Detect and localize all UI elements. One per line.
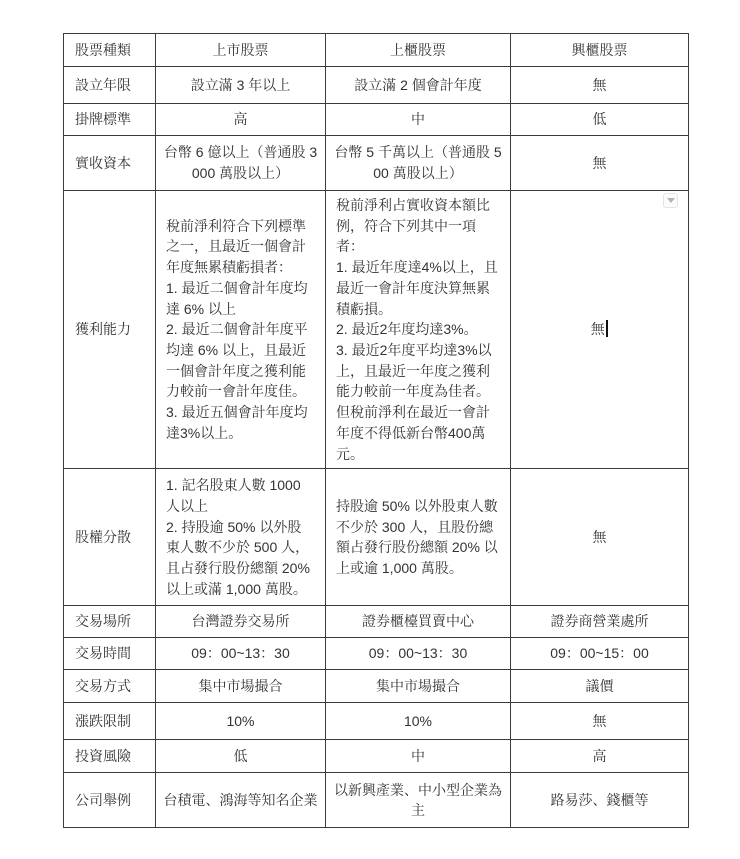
row-equity-dispersion: 股權分散 1. 記名股東人數 1000 人以上 2. 持股逾 50% 以外股東人…: [64, 469, 689, 606]
row-label-trading-hours: 交易時間: [64, 638, 156, 670]
cell-listing-standard-listed: 高: [156, 104, 326, 136]
document-page: 股票種類 上市股票 上櫃股票 興櫃股票 設立年限 設立滿 3 年以上 設立滿 2…: [0, 0, 740, 859]
row-trading-hours: 交易時間 09：00~13：30 09：00~13：30 09：00~15：00: [64, 638, 689, 670]
cell-profitability-emerging-text: 無: [591, 321, 605, 337]
row-label-company-examples: 公司舉例: [64, 773, 156, 828]
cell-investment-risk-listed: 低: [156, 740, 326, 773]
row-label-trading-method: 交易方式: [64, 670, 156, 703]
cell-price-limit-listed: 10%: [156, 703, 326, 740]
cell-equity-dispersion-emerging: 無: [511, 469, 689, 606]
column-header-otc: 上櫃股票: [326, 34, 511, 67]
cell-trading-hours-otc: 09：00~13：30: [326, 638, 511, 670]
column-header-emerging: 興櫃股票: [511, 34, 689, 67]
cell-profitability-emerging: 無: [511, 191, 689, 469]
row-label-trading-venue: 交易場所: [64, 606, 156, 638]
row-profitability: 獲利能力 稅前淨利符合下列標準之一，且最近一個會計年度無累積虧損者： 1. 最近…: [64, 191, 689, 469]
row-label-price-limit: 漲跌限制: [64, 703, 156, 740]
cell-company-examples-otc: 以新興產業、中小型企業為主: [326, 773, 511, 828]
stock-comparison-table: 股票種類 上市股票 上櫃股票 興櫃股票 設立年限 設立滿 3 年以上 設立滿 2…: [63, 33, 689, 828]
table-header-row: 股票種類 上市股票 上櫃股票 興櫃股票: [64, 34, 689, 67]
cell-trading-venue-otc: 證券櫃檯買賣中心: [326, 606, 511, 638]
cell-profitability-listed: 稅前淨利符合下列標準之一，且最近一個會計年度無累積虧損者： 1. 最近二個會計年…: [156, 191, 326, 469]
row-label-profitability: 獲利能力: [64, 191, 156, 469]
cell-founding-period-otc: 設立滿 2 個會計年度: [326, 67, 511, 104]
cell-founding-period-listed: 設立滿 3 年以上: [156, 67, 326, 104]
row-label-listing-standard: 掛牌標準: [64, 104, 156, 136]
row-trading-method: 交易方式 集中市場撮合 集中市場撮合 議價: [64, 670, 689, 703]
cell-paid-in-capital-emerging: 無: [511, 136, 689, 191]
row-label-paid-in-capital: 實收資本: [64, 136, 156, 191]
row-paid-in-capital: 實收資本 台幣 6 億以上（普通股 3000 萬股以上） 台幣 5 千萬以上（普…: [64, 136, 689, 191]
cell-trading-hours-emerging: 09：00~15：00: [511, 638, 689, 670]
triangle-down-icon: [667, 198, 675, 203]
cell-founding-period-emerging: 無: [511, 67, 689, 104]
cell-equity-dispersion-otc: 持股逾 50% 以外股東人數不少於 300 人，且股份總額占發行股份總額 20%…: [326, 469, 511, 606]
scroll-down-button[interactable]: [663, 193, 678, 208]
cell-investment-risk-otc: 中: [326, 740, 511, 773]
cell-listing-standard-otc: 中: [326, 104, 511, 136]
row-investment-risk: 投資風險 低 中 高: [64, 740, 689, 773]
cell-equity-dispersion-listed: 1. 記名股東人數 1000 人以上 2. 持股逾 50% 以外股東人數不少於 …: [156, 469, 326, 606]
column-header-listed: 上市股票: [156, 34, 326, 67]
cell-listing-standard-emerging: 低: [511, 104, 689, 136]
row-company-examples: 公司舉例 台積電、鴻海等知名企業 以新興產業、中小型企業為主 路易莎、錢櫃等: [64, 773, 689, 828]
cell-paid-in-capital-listed: 台幣 6 億以上（普通股 3000 萬股以上）: [156, 136, 326, 191]
cell-trading-method-listed: 集中市場撮合: [156, 670, 326, 703]
row-price-limit: 漲跌限制 10% 10% 無: [64, 703, 689, 740]
cell-trading-method-emerging: 議價: [511, 670, 689, 703]
cell-company-examples-listed: 台積電、鴻海等知名企業: [156, 773, 326, 828]
cell-trading-venue-emerging: 證券商營業處所: [511, 606, 689, 638]
cell-profitability-otc: 稅前淨利占實收資本額比例，符合下列其中一項者： 1. 最近年度達4%以上，且最近…: [326, 191, 511, 469]
cell-price-limit-emerging: 無: [511, 703, 689, 740]
row-trading-venue: 交易場所 台灣證券交易所 證券櫃檯買賣中心 證券商營業處所: [64, 606, 689, 638]
cell-trading-venue-listed: 台灣證券交易所: [156, 606, 326, 638]
row-label-investment-risk: 投資風險: [64, 740, 156, 773]
column-header-stock-type: 股票種類: [64, 34, 156, 67]
row-listing-standard: 掛牌標準 高 中 低: [64, 104, 689, 136]
cell-company-examples-emerging: 路易莎、錢櫃等: [511, 773, 689, 828]
row-label-equity-dispersion: 股權分散: [64, 469, 156, 606]
cell-paid-in-capital-otc: 台幣 5 千萬以上（普通股 500 萬股以上）: [326, 136, 511, 191]
text-cursor: [606, 320, 609, 337]
cell-price-limit-otc: 10%: [326, 703, 511, 740]
cell-trading-hours-listed: 09：00~13：30: [156, 638, 326, 670]
row-founding-period: 設立年限 設立滿 3 年以上 設立滿 2 個會計年度 無: [64, 67, 689, 104]
cell-investment-risk-emerging: 高: [511, 740, 689, 773]
row-label-founding-period: 設立年限: [64, 67, 156, 104]
cell-trading-method-otc: 集中市場撮合: [326, 670, 511, 703]
